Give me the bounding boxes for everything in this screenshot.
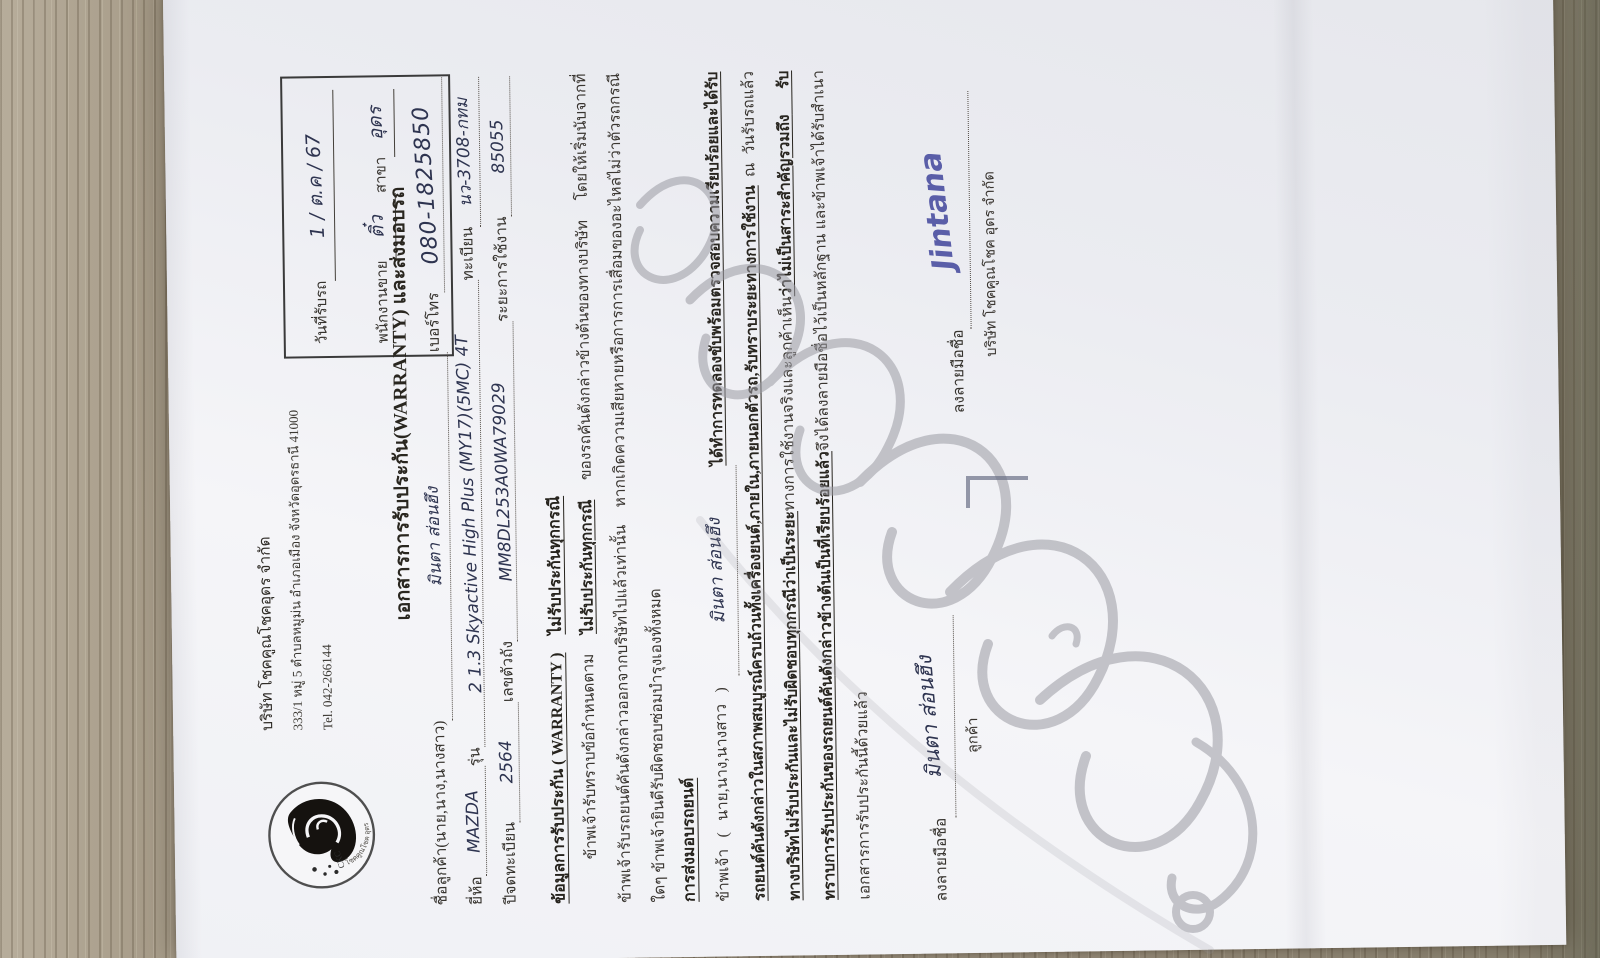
customer-name-label: ชื่อลูกค้า(นาย,นาง,นางสาว) [426,720,454,905]
company-caption: บริษัท โชคคูณโชค อุดร จำกัด [977,171,1003,357]
delivery-s3: รถยนต์คันดังกล่าวในสภาพสมบูรณ์ครบถ้วนทั้… [742,185,769,901]
delivery-s7: ว่าไม่เป็นสาระสำคัญรวมถึง [776,114,796,296]
vin-line: MM8DL253A0WA79029 [493,322,518,641]
vin-label: เลขตัวถัง [494,641,520,702]
date-received-handwriting: 1 / ต.ค / 67 [298,133,333,239]
mileage-line: 85055 [489,76,512,216]
photo-of-warranty-document: { "scene": { "surface": "wooden-table" }… [0,0,1600,958]
customer-signature-line: มินตา ส่อนฮึง [920,615,957,818]
brand-label: ยี่ห้อ [463,876,488,905]
year-label: ปีจดทะเบียน [496,822,522,905]
warranty-section-heading: ข้อมูลการรับประกัน ( WARRANTY ) ไม่รับปร… [542,496,573,904]
vehicle-fields: ชื่อลูกค้า(นาย,นาง,นางสาว) มินตา ส่อนฮึง… [416,76,533,905]
customer-signature-handwriting: มินตา ส่อนฮึง [908,654,951,780]
plate-handwriting: นว-3708-กทม [448,97,479,207]
warranty-paper-rotated: CKC โชคคูณโชค อุดร บริษัท โชคคูณโชคอุดร … [163,0,1567,958]
plate-line: นว-3708-กทม [451,77,481,227]
company-address: 333/1 หมู่ 5 ตำบลหมูม่น อำเภอเมือง จังหว… [279,410,313,731]
plate-label: ทะเบียน [454,227,480,281]
date-received-label: วันที่รับรถ [309,281,334,345]
vin-handwriting: MM8DL253A0WA79029 [489,382,517,582]
delivery-s6: ทางการใช้งานจริงและลูกค้าเห็น [778,296,798,511]
phone-line: 080-1825850 [416,77,445,292]
customer-signature-block: ลงลายมือชื่อ มินตา ส่อนฮึง [920,615,958,901]
phone-label: เบอร์โทร [420,292,446,352]
mileage-label: ระยะการใช้งาน [488,216,514,322]
customer-name-handwriting: มินตา ส่อนฮึง [419,486,450,587]
delivery-s2: ได้ทำการทดลองขับพร้อมตรวจสอบความเรียบร้อ… [704,71,727,465]
model-label: รุ่น [461,747,486,766]
customer-caption: ลูกค้า [961,717,984,753]
brand-handwriting: MAZDA [462,790,484,853]
company-signature-line: Jintana [932,91,971,330]
company-name: บริษัท โชคคูณโชคอุดร จำกัด [249,410,283,731]
delivery-name-line: มินตา ส่อนฮึง [700,466,740,676]
delivery-paragraph: ข้าพเจ้า ( นาย,นาง,นางสาว ) มินตา ส่อนฮึ… [694,69,883,901]
delivery-s4: ณ วันรับรถแล้ว [740,71,759,186]
year-line: 2564 [498,702,521,822]
delivery-section-heading: การส่งมอบรถยนต์ [676,778,703,902]
company-signature-handwriting: Jintana [913,149,962,271]
company-rooster-logo: CKC โชคคูณโชค อุดร [264,777,380,893]
mileage-handwriting: 85055 [487,119,509,174]
delivery-s9: ดังกล่าวข้างต้นเป็นที่เรียบร้อยแล้ว [815,451,835,676]
receive-date-row: วันที่รับรถ 1 / ต.ค / 67 [302,90,337,344]
customer-sign-label: ลงลายมือชื่อ [927,818,953,902]
company-sign-label: ลงลายมือชื่อ [945,329,971,413]
customer-name-line: มินตา ส่อนฮึง [420,352,453,721]
warranty-heading-left: ข้อมูลการรับประกัน ( WARRANTY ) [548,653,569,904]
warranty-text-b: ไม่รับประกันทุกกรณี [578,500,597,635]
delivery-s1: ข้าพเจ้า ( นาย,นาง,นางสาว ) [712,676,732,902]
warranty-document: CKC โชคคูณโชค อุดร บริษัท โชคคูณโชคอุดร … [163,0,1567,958]
delivery-name-handwriting: มินตา ส่อนฮึง [696,517,736,624]
model-line: 2 1.3 Skyactive High Plus (MY17)(5MC) 4T [458,280,486,747]
warranty-paragraph: ข้าพเจ้ารับทราบข้อกำหนดตาม ไม่รับประกันท… [564,72,678,903]
brand-line: MAZDA [465,766,488,876]
company-phone: Tel. 042-266144 [309,409,343,730]
warranty-text-a: ข้าพเจ้ารับทราบข้อกำหนดตาม [580,634,600,860]
warranty-heading-right: ไม่รับประกันทุกกรณี [546,496,565,635]
year-handwriting: 2564 [496,740,518,784]
delivery-s5: ทางบริษัทไม่รับประกันและไม่รับผิดชอบทุกก… [781,511,803,901]
company-signature-block: ลงลายมือชื่อ Jintana [932,91,972,413]
company-header-block: บริษัท โชคคูณโชคอุดร จำกัด 333/1 หมู่ 5 … [249,409,343,731]
date-received-line: 1 / ต.ค / 67 [302,90,336,281]
